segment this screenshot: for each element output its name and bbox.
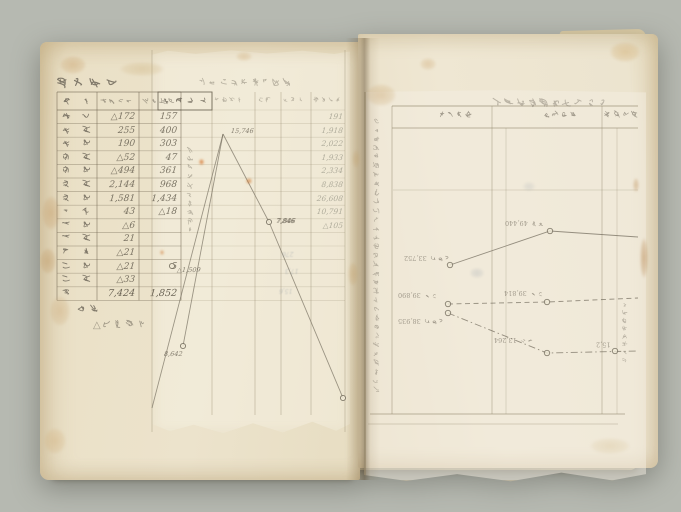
province-char	[82, 165, 92, 177]
value-showa7-cell	[138, 246, 181, 260]
province-char	[62, 111, 72, 123]
table-row: 2,144968	[57, 178, 181, 192]
value-showa6-cell: 2,144	[96, 178, 139, 192]
province-cell	[57, 164, 97, 178]
value-showa7-cell: 400	[138, 123, 181, 137]
table-row: 1,5811,434	[57, 192, 181, 206]
province-char	[82, 220, 92, 232]
province-char	[62, 165, 72, 177]
value-showa6-cell: △172	[96, 110, 139, 124]
table-row: 21	[57, 232, 181, 246]
table-row: 43△18	[57, 205, 181, 219]
province-char	[62, 125, 72, 137]
value-showa7-cell	[138, 219, 181, 233]
province-char	[82, 111, 92, 123]
province-cell	[57, 151, 97, 165]
province-char	[62, 179, 72, 191]
photo-of-old-ledger-book: △172157255400190303△5247△4943612,1449681…	[0, 0, 681, 512]
table-row: 190303	[57, 137, 181, 151]
value-showa7-cell: 1,852	[138, 286, 181, 300]
province-cell	[57, 178, 97, 192]
value-showa6-cell: 190	[96, 137, 139, 151]
right-page-edge-note	[621, 300, 628, 363]
province-cell	[57, 273, 97, 287]
comparison-table-rows: △172157255400190303△5247△4943612,1449681…	[57, 110, 181, 300]
value-showa7-cell: 361	[138, 164, 181, 178]
value-showa6-cell: 7,424	[96, 286, 139, 300]
province-char	[82, 179, 92, 191]
table-row: △215	[57, 260, 181, 274]
value-showa7-cell: 5	[138, 259, 181, 273]
table-row: △5247	[57, 151, 181, 165]
province-cell	[57, 260, 97, 274]
value-showa7-cell: 47	[138, 151, 181, 165]
province-cell	[57, 219, 97, 233]
province-char	[82, 152, 92, 164]
province-cell	[57, 205, 97, 219]
remarks-note: △	[93, 319, 148, 331]
value-showa7-cell: 157	[138, 110, 181, 124]
province-char	[62, 288, 72, 300]
province-cell	[57, 246, 97, 260]
province-cell	[57, 110, 97, 124]
table-header-year1	[100, 97, 134, 106]
table-row: △494361	[57, 164, 181, 178]
tracing-film-overlay	[152, 50, 350, 434]
value-showa6-cell: 1,581	[96, 191, 139, 205]
value-showa6-cell: △21	[96, 246, 139, 260]
province-char	[62, 247, 72, 259]
page-title	[55, 76, 122, 93]
province-char	[82, 193, 92, 205]
province-char	[82, 206, 92, 218]
province-char	[62, 138, 72, 150]
table-row: △33	[57, 273, 181, 287]
province-char	[62, 261, 72, 273]
remarks-label	[76, 303, 104, 316]
value-showa6-cell: 43	[96, 205, 139, 219]
province-char	[82, 261, 92, 273]
film-box-header	[162, 96, 212, 107]
province-cell	[57, 137, 97, 151]
province-char	[82, 138, 92, 150]
table-row: 7,4241,852	[57, 287, 181, 301]
value-showa6-cell: 21	[96, 232, 139, 246]
table-row: 255400	[57, 124, 181, 138]
table-row: △6	[57, 219, 181, 233]
province-cell	[57, 287, 97, 301]
province-char	[62, 152, 72, 164]
province-cell	[57, 192, 97, 206]
province-char	[82, 125, 92, 137]
right-sheet-title	[490, 95, 606, 108]
province-char	[82, 274, 92, 286]
value-showa6-cell: △21	[96, 259, 139, 273]
table-row: △21	[57, 246, 181, 260]
right-sheet-vertical-note	[372, 115, 380, 393]
top-margin-note	[198, 77, 293, 89]
value-showa6-cell: △52	[96, 151, 139, 165]
province-char	[62, 274, 72, 286]
table-row: △172157	[57, 110, 181, 124]
value-showa6-cell: △6	[96, 219, 139, 233]
table-header-province	[62, 96, 104, 108]
province-char	[62, 206, 72, 218]
value-showa7-cell: △18	[138, 205, 181, 219]
value-showa7-cell	[138, 273, 181, 287]
value-showa6-cell: △494	[96, 164, 139, 178]
province-char	[62, 233, 72, 245]
province-cell	[57, 124, 97, 138]
value-showa6-cell: △33	[96, 273, 139, 287]
value-showa7-cell	[138, 232, 181, 246]
pasted-chart-sheet-rotated	[364, 90, 646, 482]
value-showa6-cell: 255	[96, 123, 139, 137]
province-char	[62, 220, 72, 232]
province-cell	[57, 232, 97, 246]
province-char	[62, 193, 72, 205]
value-showa7-cell: 303	[138, 137, 181, 151]
value-showa7-cell: 1,434	[138, 191, 181, 205]
province-char	[82, 233, 92, 245]
province-char	[82, 247, 92, 259]
value-showa7-cell: 968	[138, 178, 181, 192]
film-vertical-note	[186, 146, 194, 236]
